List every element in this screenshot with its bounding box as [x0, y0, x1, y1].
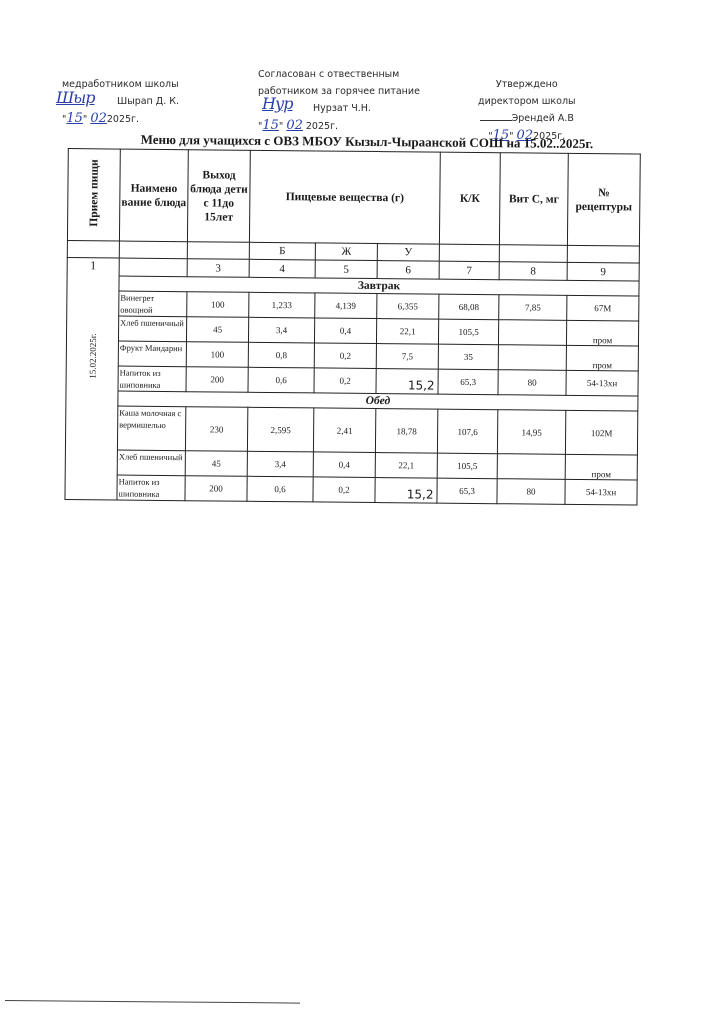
column-number	[119, 258, 187, 277]
approval-medic-name: Шырап Д. К.	[117, 96, 179, 107]
column-number: 7	[439, 261, 499, 280]
header-meal: Прием пищи	[67, 149, 120, 241]
approval-medic-month: 02	[90, 111, 107, 126]
cell-zh: 0,2	[314, 368, 376, 394]
cell-kcal: 65,3	[438, 369, 498, 395]
cell-kcal: 105,5	[437, 453, 497, 479]
cell-kcal: 107,6	[437, 409, 497, 454]
header-protein: Б	[249, 242, 315, 260]
header-recipe: № рецептуры	[567, 153, 640, 246]
approval-director-name: Эрендей А.В	[512, 113, 574, 124]
column-number: 9	[567, 262, 639, 281]
approval-food-officer-month: 02	[286, 118, 303, 133]
cell-dish: Хлеб пшеничный	[118, 316, 186, 342]
cell-dish: Винегрет овощной	[119, 291, 187, 317]
column-number: 4	[249, 259, 315, 278]
cell-vitc: 7,85	[499, 295, 567, 321]
cell-zh: 0,4	[313, 452, 375, 478]
cell-vitc: 80	[497, 479, 565, 505]
column-number: 5	[315, 260, 377, 279]
approval-medic-year: 2025г.	[107, 114, 139, 125]
cell-zh: 0,2	[314, 343, 376, 369]
header-dish: Наимено вание блюда	[119, 149, 188, 242]
cell-dish: Напиток из шиповника	[118, 366, 186, 392]
cell-zh: 2,41	[313, 408, 375, 453]
header-vitc: Вит С, мг	[499, 153, 568, 246]
cell-recipe: 67М	[567, 295, 639, 321]
cell-portion: 200	[186, 367, 248, 393]
header-kcal: К/К	[439, 152, 500, 245]
meal-date: 15.02.2025г.	[87, 333, 97, 379]
cell-portion: 100	[186, 342, 248, 368]
table-row: Напиток из шиповника2000,60,215,265,3805…	[65, 475, 637, 505]
cell-u: 18,78	[375, 409, 437, 454]
cell-u: 22,1	[376, 319, 438, 345]
header-portion: Выход блюда дети с 11до 15лет	[187, 150, 250, 243]
approval-food-officer-line1: Согласован с отвественным	[258, 66, 420, 83]
cell-zh: 0,4	[314, 318, 376, 344]
meal-number: 1	[69, 258, 118, 273]
cell-portion: 45	[185, 451, 247, 477]
cell-kcal: 65,3	[437, 478, 497, 504]
cell-kcal: 35	[438, 344, 498, 370]
menu-document: Меню для учащихся с ОВЗ МБОУ Кызыл-Чыраа…	[58, 130, 642, 506]
meal-cell: 115.02.2025г.	[65, 258, 119, 500]
cell-vitc: 14,95	[497, 410, 565, 455]
value-carbs: 15,2	[377, 370, 436, 393]
cell-b: 1,233	[249, 292, 315, 318]
header-nutrients: Пищевые вещества (г)	[249, 150, 440, 244]
cell-b: 3,4	[248, 317, 314, 343]
cell-dish: Напиток из шиповника	[117, 475, 185, 501]
cell-recipe: пром	[566, 345, 638, 371]
cell-zh: 4,139	[315, 293, 377, 319]
cell-u: 7,5	[376, 344, 438, 370]
cell-u: 6,355	[377, 294, 439, 320]
cell-portion: 45	[186, 317, 248, 343]
approval-food-officer-name: Нурзат Ч.Н.	[313, 103, 371, 114]
menu-table: Прием пищи Наимено вание блюда Выход блю…	[64, 148, 640, 505]
cell-recipe: 102М	[565, 410, 637, 455]
cell-zh: 0,2	[313, 477, 375, 503]
approval-food-officer-day: 15	[262, 118, 279, 133]
cell-portion: 200	[185, 476, 247, 502]
approval-director-line1: Утверждено	[478, 76, 576, 93]
cell-dish: Хлеб пшеничный	[117, 450, 185, 476]
cell-vitc	[498, 320, 566, 346]
cell-b: 3,4	[247, 451, 313, 477]
cell-kcal: 105,5	[438, 319, 498, 345]
cell-dish: Каша молочная с вермишелью	[117, 406, 185, 451]
cell-u: 22,1	[375, 453, 437, 479]
value-carbs: 15,2	[376, 479, 435, 502]
header-fat: Ж	[315, 243, 377, 261]
cell-vitc: 80	[498, 370, 566, 396]
cell-b: 0,6	[247, 476, 313, 502]
cell-u: 15,2	[375, 478, 437, 504]
approval-medic-day: 15	[66, 111, 83, 126]
column-number: 3	[187, 259, 249, 278]
cell-b: 0,8	[248, 342, 314, 368]
cell-dish: Фрукт Мандарин	[118, 341, 186, 367]
cell-recipe: пром	[566, 320, 638, 346]
cell-kcal: 68,08	[439, 294, 499, 320]
approval-director-line2: директором школы	[478, 93, 576, 110]
cell-vitc	[497, 454, 565, 480]
table-row: Каша молочная с вермишелью2302,5952,4118…	[65, 406, 637, 455]
cell-portion: 230	[185, 407, 247, 452]
cell-recipe: пром	[565, 454, 637, 480]
cell-portion: 100	[187, 292, 249, 318]
approval-food-officer-year: 2025г.	[306, 121, 338, 132]
cell-u: 15,2	[376, 369, 438, 395]
signature-food-officer: Нур	[262, 94, 292, 113]
column-number: 8	[499, 262, 567, 281]
header-carbs: У	[377, 244, 439, 262]
cell-vitc	[498, 345, 566, 371]
cell-recipe: 54-13хн	[565, 479, 637, 505]
header-row: Прием пищи Наимено вание блюда Выход блю…	[67, 149, 640, 246]
page-edge-line	[5, 1000, 300, 1004]
column-number: 6	[377, 261, 439, 280]
cell-b: 0,6	[248, 367, 314, 393]
cell-b: 2,595	[247, 407, 313, 452]
cell-recipe: 54-13хн	[566, 370, 638, 396]
signature-medic: Шыр	[56, 88, 95, 107]
